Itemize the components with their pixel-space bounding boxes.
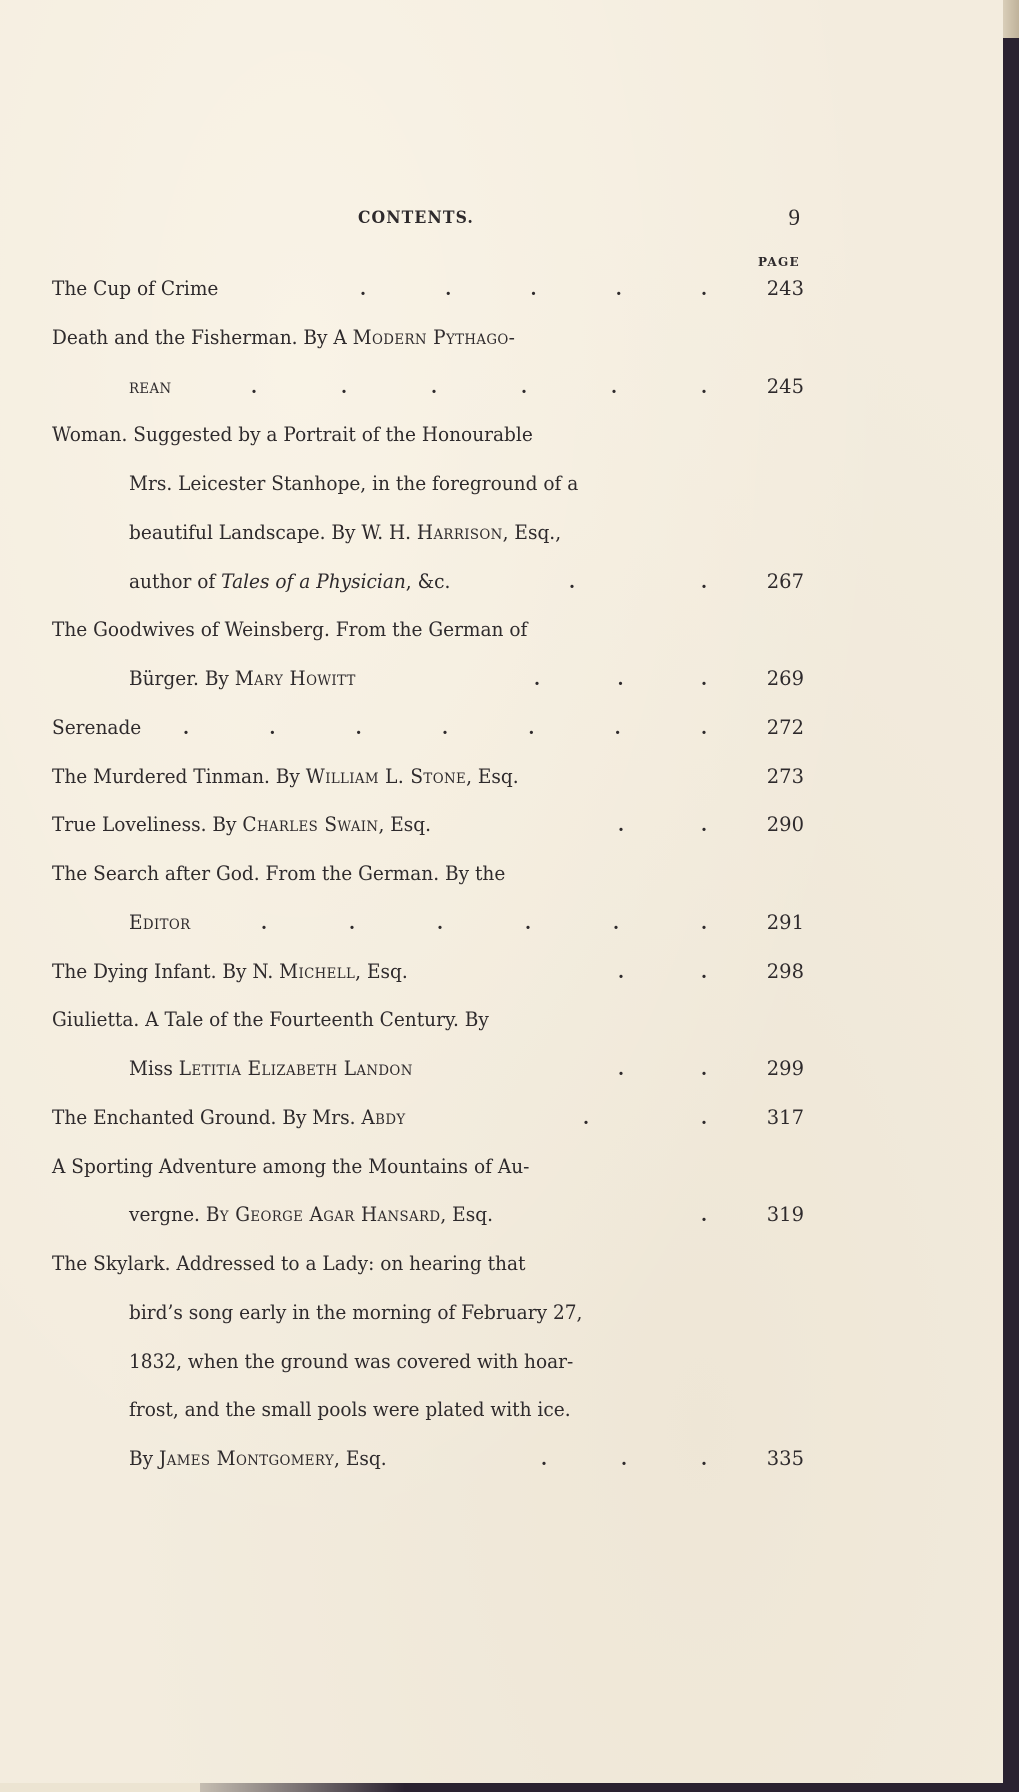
entry-title-text: bird’s song early in the morning of Febr… bbox=[129, 1299, 680, 1327]
toc-line: Bürger. By Mary Howitt...269 bbox=[52, 665, 804, 714]
page-number: 269 bbox=[767, 665, 804, 693]
toc-line: Miss Letitia Elizabeth Landon..299 bbox=[52, 1055, 804, 1104]
toc-entry: The Murdered Tinman. By William L. Stone… bbox=[52, 763, 804, 812]
toc-entry: Giulietta. A Tale of the Fourteenth Cent… bbox=[52, 1006, 804, 1104]
entry-title-text: Woman. Suggested by a Portrait of the Ho… bbox=[52, 421, 672, 449]
toc-entry: The Dying Infant. By N. Michell, Esq...2… bbox=[52, 958, 804, 1007]
toc-line: vergne. By George Agar Hansard, Esq..319 bbox=[52, 1201, 804, 1250]
page-column-label: PAGE bbox=[758, 255, 800, 269]
dot-leaders: ... bbox=[539, 1445, 709, 1473]
toc-line: The Enchanted Ground. By Mrs. Abdy..317 bbox=[52, 1104, 804, 1153]
page-number: 319 bbox=[767, 1201, 804, 1229]
entry-title-text: Mrs. Leicester Stanhope, in the foregrou… bbox=[129, 470, 680, 498]
title-segment: , Esq. bbox=[355, 960, 408, 983]
running-head: CONTENTS. 9 bbox=[0, 208, 1003, 238]
entry-title-text: The Enchanted Ground. By Mrs. Abdy bbox=[52, 1104, 672, 1132]
toc-entry: The Search after God. From the German. B… bbox=[52, 860, 804, 958]
toc-entry: A Sporting Adventure among the Mountains… bbox=[52, 1153, 804, 1251]
toc-entry: The Cup of Crime.....243 bbox=[52, 275, 804, 324]
author-name: Modern Pythago- bbox=[353, 326, 516, 349]
dot-leaders: ....... bbox=[181, 714, 709, 742]
dot-leaders: ... bbox=[532, 665, 709, 693]
toc-entry: The Goodwives of Weinsberg. From the Ger… bbox=[52, 616, 804, 714]
toc-entry: Death and the Fisherman. By A Modern Pyt… bbox=[52, 324, 804, 422]
entry-title-text: Miss Letitia Elizabeth Landon bbox=[129, 1055, 680, 1083]
page-number: 335 bbox=[767, 1445, 804, 1473]
author-name: Charles Swain bbox=[242, 813, 378, 836]
author-name: Mary Howitt bbox=[235, 667, 356, 690]
toc-line: The Dying Infant. By N. Michell, Esq...2… bbox=[52, 958, 804, 1007]
toc-line: beautiful Landscape. By W. H. Harrison, … bbox=[52, 519, 804, 568]
page-number: 272 bbox=[767, 714, 804, 742]
title-segment: Woman. Suggested by a Portrait of the Ho… bbox=[52, 423, 533, 446]
title-segment: Bürger. By bbox=[129, 667, 235, 690]
toc-line: Mrs. Leicester Stanhope, in the foregrou… bbox=[52, 470, 804, 519]
dot-leaders: ..... bbox=[358, 275, 709, 303]
table-of-contents: The Cup of Crime.....243Death and the Fi… bbox=[52, 275, 804, 1494]
author-name: Abdy bbox=[361, 1106, 405, 1129]
toc-line: rean......245 bbox=[52, 373, 804, 422]
entry-title-text: Death and the Fisherman. By A Modern Pyt… bbox=[52, 324, 672, 352]
title-segment: 1832, when the ground was covered with h… bbox=[129, 1350, 573, 1373]
dot-leaders: ...... bbox=[249, 373, 709, 401]
title-segment: vergne. bbox=[129, 1203, 206, 1226]
entry-title-text: The Goodwives of Weinsberg. From the Ger… bbox=[52, 616, 672, 644]
toc-line: True Loveliness. By Charles Swain, Esq..… bbox=[52, 811, 804, 860]
author-name: rean bbox=[129, 375, 171, 398]
entry-title-text: The Dying Infant. By N. Michell, Esq. bbox=[52, 958, 672, 986]
toc-line: frost, and the small pools were plated w… bbox=[52, 1396, 804, 1445]
toc-line: Editor......291 bbox=[52, 909, 804, 958]
dot-leaders: .. bbox=[616, 811, 709, 839]
toc-line: 1832, when the ground was covered with h… bbox=[52, 1348, 804, 1397]
page-number: 299 bbox=[767, 1055, 804, 1083]
entry-title-text: True Loveliness. By Charles Swain, Esq. bbox=[52, 811, 672, 839]
book-edge-bottom bbox=[200, 1783, 1019, 1792]
toc-line: Serenade.......272 bbox=[52, 714, 804, 763]
book-page: CONTENTS. 9 PAGE The Cup of Crime.....24… bbox=[0, 0, 1003, 1783]
entry-title-text: frost, and the small pools were plated w… bbox=[129, 1396, 680, 1424]
author-name: By George Agar Hansard bbox=[206, 1203, 441, 1226]
toc-line: A Sporting Adventure among the Mountains… bbox=[52, 1153, 804, 1202]
toc-line: Giulietta. A Tale of the Fourteenth Cent… bbox=[52, 1006, 804, 1055]
folio-page-number: 9 bbox=[789, 205, 801, 231]
toc-entry: The Skylark. Addressed to a Lady: on hea… bbox=[52, 1250, 804, 1494]
title-segment: The Murdered Tinman. By bbox=[52, 765, 306, 788]
page-number: 298 bbox=[767, 958, 804, 986]
entry-title-text: 1832, when the ground was covered with h… bbox=[129, 1348, 680, 1376]
title-segment: By bbox=[129, 1447, 159, 1470]
page-number: 267 bbox=[767, 568, 804, 596]
toc-line: The Goodwives of Weinsberg. From the Ger… bbox=[52, 616, 804, 665]
dot-leaders: . bbox=[692, 1201, 709, 1229]
title-segment: The Cup of Crime bbox=[52, 277, 218, 300]
dot-leaders: ...... bbox=[259, 909, 709, 937]
toc-line: The Skylark. Addressed to a Lady: on hea… bbox=[52, 1250, 804, 1299]
toc-entry: Woman. Suggested by a Portrait of the Ho… bbox=[52, 421, 804, 616]
toc-line: The Cup of Crime.....243 bbox=[52, 275, 804, 324]
page-number: 273 bbox=[767, 763, 804, 791]
title-segment: The Enchanted Ground. By Mrs. bbox=[52, 1106, 361, 1129]
title-segment: The Dying Infant. By N. bbox=[52, 960, 279, 983]
title-segment: bird’s song early in the morning of Febr… bbox=[129, 1301, 582, 1324]
page-number: 243 bbox=[767, 275, 804, 303]
entry-title-text: A Sporting Adventure among the Mountains… bbox=[52, 1153, 672, 1181]
entry-title-text: beautiful Landscape. By W. H. Harrison, … bbox=[129, 519, 680, 547]
toc-entry: True Loveliness. By Charles Swain, Esq..… bbox=[52, 811, 804, 860]
title-segment: Mrs. Leicester Stanhope, in the foregrou… bbox=[129, 472, 578, 495]
author-name: William L. Stone bbox=[306, 765, 466, 788]
page-number: 245 bbox=[767, 373, 804, 401]
title-segment: frost, and the small pools were plated w… bbox=[129, 1398, 571, 1421]
title-segment: , Esq., bbox=[503, 521, 561, 544]
title-segment: The Goodwives of Weinsberg. From the Ger… bbox=[52, 618, 527, 641]
author-name: Harrison bbox=[417, 521, 503, 544]
title-segment: The Search after God. From the German. B… bbox=[52, 862, 505, 885]
title-segment: A Sporting Adventure among the Mountains… bbox=[52, 1155, 529, 1178]
title-segment: True Loveliness. By bbox=[52, 813, 242, 836]
toc-entry: Serenade.......272 bbox=[52, 714, 804, 763]
toc-line: author of Tales of a Physician, &c...267 bbox=[52, 568, 804, 617]
dot-leaders: .. bbox=[567, 568, 709, 596]
page-number: 290 bbox=[767, 811, 804, 839]
title-segment: , Esq. bbox=[334, 1447, 387, 1470]
page-number: 317 bbox=[767, 1104, 804, 1132]
running-title: CONTENTS. bbox=[358, 208, 474, 228]
italic-title: Tales of a Physician bbox=[221, 570, 406, 593]
title-segment: , &c. bbox=[406, 570, 451, 593]
toc-entry: The Enchanted Ground. By Mrs. Abdy..317 bbox=[52, 1104, 804, 1153]
dot-leaders: .. bbox=[616, 958, 709, 986]
author-name: Letitia Elizabeth Landon bbox=[179, 1057, 413, 1080]
dot-leaders: .. bbox=[581, 1104, 709, 1132]
toc-line: Death and the Fisherman. By A Modern Pyt… bbox=[52, 324, 804, 373]
entry-title-text: vergne. By George Agar Hansard, Esq. bbox=[129, 1201, 680, 1229]
toc-line: The Search after God. From the German. B… bbox=[52, 860, 804, 909]
page-number: 291 bbox=[767, 909, 804, 937]
author-name: Editor bbox=[129, 911, 191, 934]
title-segment: , Esq. bbox=[466, 765, 519, 788]
title-segment: , Esq. bbox=[440, 1203, 493, 1226]
title-segment: Death and the Fisherman. By A bbox=[52, 326, 353, 349]
entry-title-text: The Search after God. From the German. B… bbox=[52, 860, 672, 888]
toc-line: bird’s song early in the morning of Febr… bbox=[52, 1299, 804, 1348]
entry-title-text: Giulietta. A Tale of the Fourteenth Cent… bbox=[52, 1006, 672, 1034]
title-segment: author of bbox=[129, 570, 221, 593]
book-edge-top bbox=[1003, 0, 1019, 38]
title-segment: beautiful Landscape. By W. H. bbox=[129, 521, 417, 544]
toc-line: Woman. Suggested by a Portrait of the Ho… bbox=[52, 421, 804, 470]
toc-line: By James Montgomery, Esq....335 bbox=[52, 1445, 804, 1494]
book-edge-right bbox=[1003, 38, 1019, 1792]
entry-title-text: The Murdered Tinman. By William L. Stone… bbox=[52, 763, 672, 791]
title-segment: Miss bbox=[129, 1057, 179, 1080]
dot-leaders: .. bbox=[616, 1055, 709, 1083]
author-name: Michell bbox=[279, 960, 355, 983]
entry-title-text: The Skylark. Addressed to a Lady: on hea… bbox=[52, 1250, 672, 1278]
author-name: James Montgomery bbox=[159, 1447, 334, 1470]
title-segment: Giulietta. A Tale of the Fourteenth Cent… bbox=[52, 1008, 489, 1031]
title-segment: Serenade bbox=[52, 716, 141, 739]
toc-line: The Murdered Tinman. By William L. Stone… bbox=[52, 763, 804, 812]
title-segment: The Skylark. Addressed to a Lady: on hea… bbox=[52, 1252, 525, 1275]
title-segment: , Esq. bbox=[378, 813, 431, 836]
